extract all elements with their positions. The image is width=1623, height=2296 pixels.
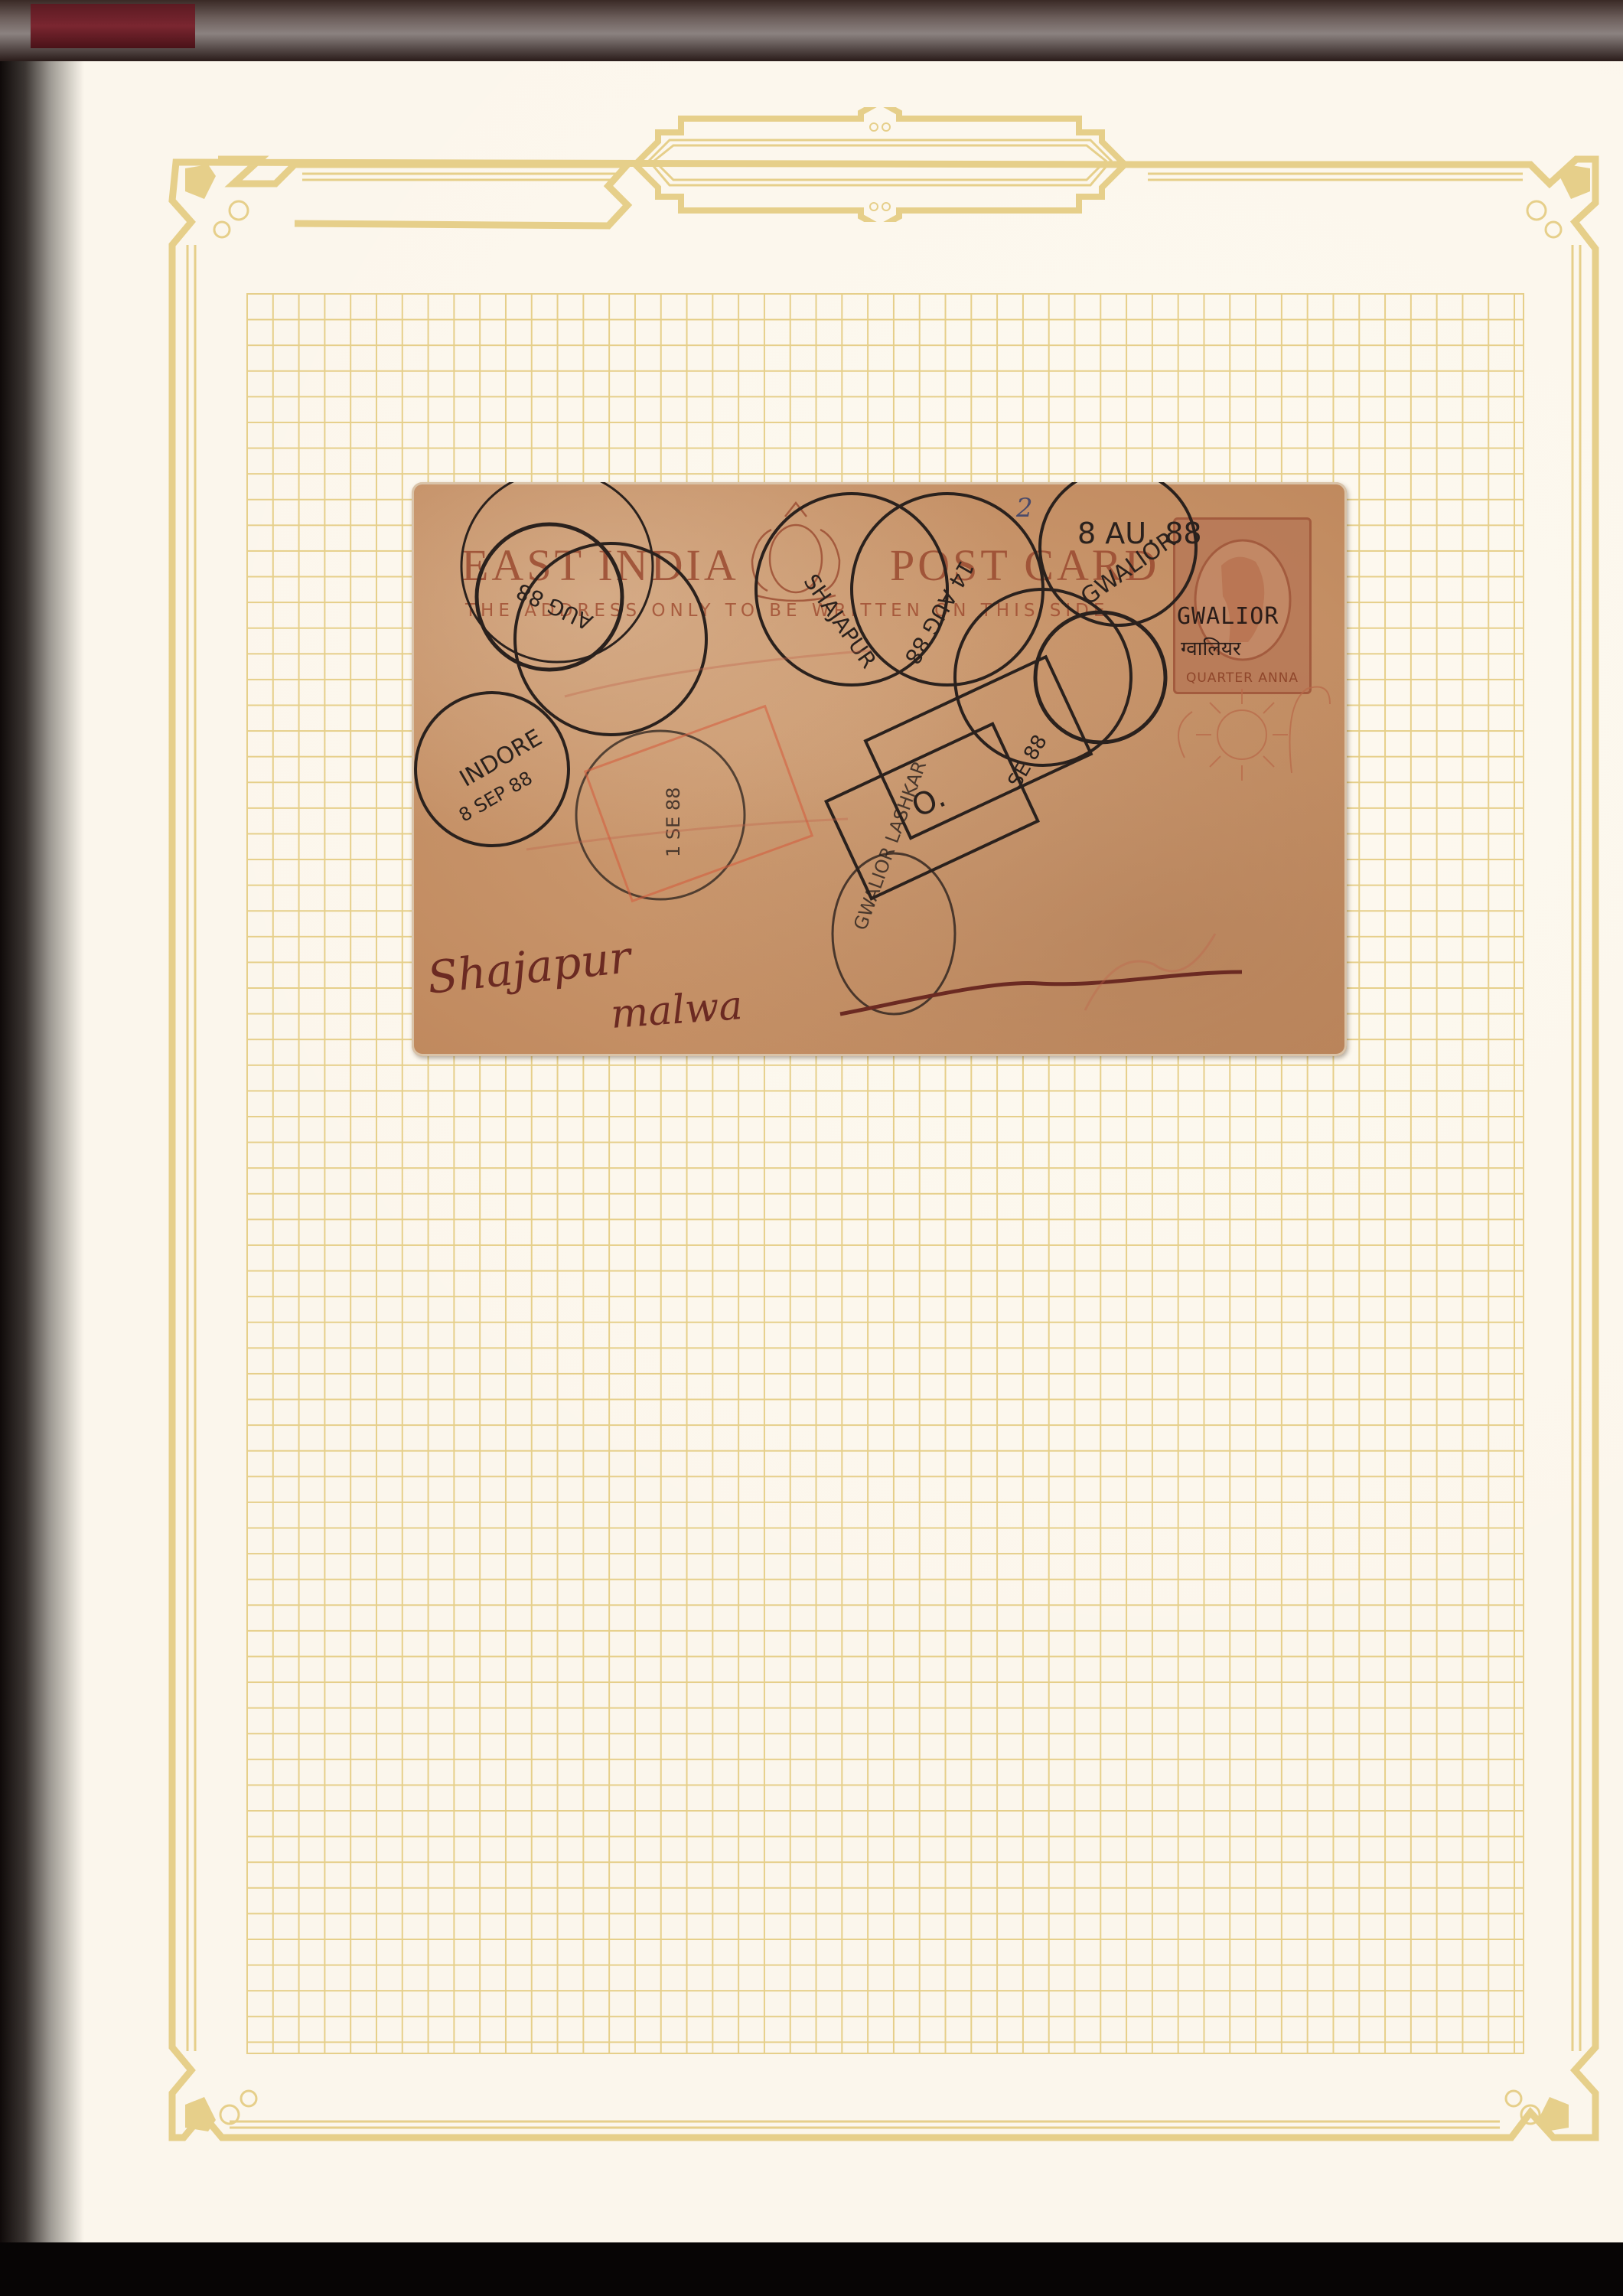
binder-edge [0,0,1623,61]
binder-bottom [0,2242,1623,2296]
svg-text:1 SE 88: 1 SE 88 [663,788,684,857]
manuscript-address-line2: malwa [609,983,744,1038]
svg-text:14 AUG 88: 14 AUG 88 [899,556,979,669]
title-cartouche [620,107,1140,222]
sun-emblem-icon [1178,687,1330,781]
binder-tab [31,4,195,48]
postcard: EAST INDIA POST CARD THE ADDRESS ONLY TO… [412,482,1347,1056]
svg-text:AUG 88: AUG 88 [513,578,597,635]
pencil-note: 2 [1015,493,1033,523]
svg-text:SHAJAPUR: SHAJAPUR [799,569,882,673]
spine-shadow [0,61,84,2242]
